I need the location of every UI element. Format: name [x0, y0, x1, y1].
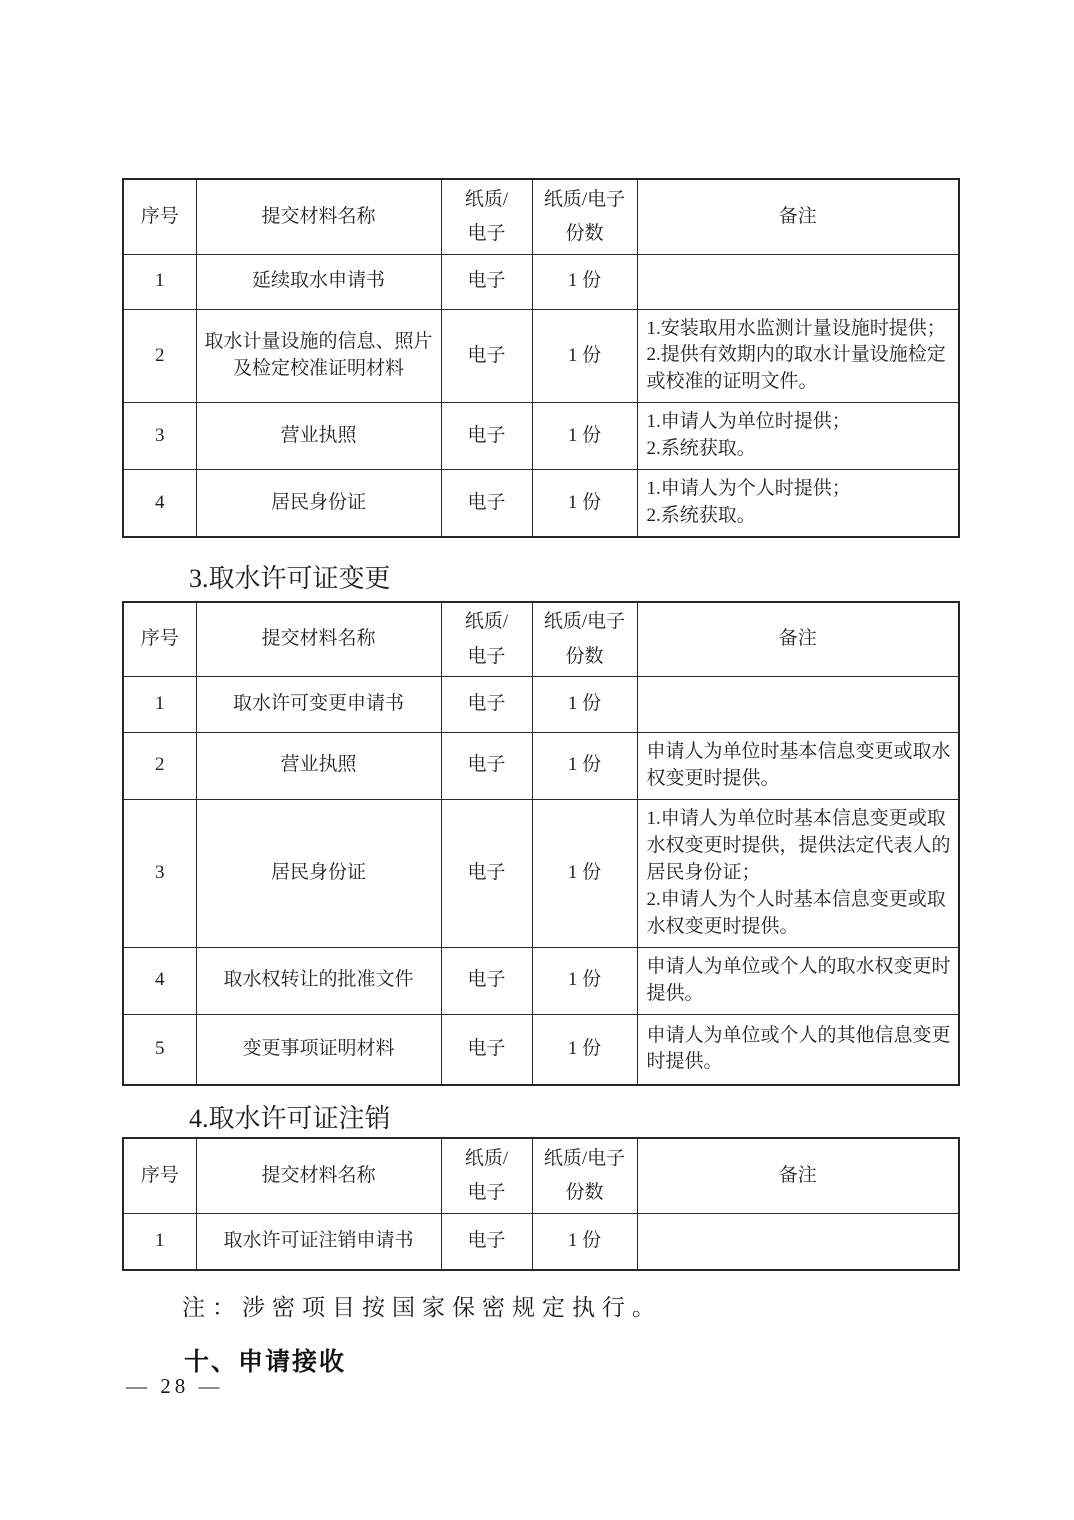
page-number: — 28 —: [126, 1374, 224, 1399]
cell-seq: 2: [123, 732, 196, 799]
document-page: 序号 提交材料名称 纸质/ 电子 纸质/电子 份数 备注 1 延续取水申请书 电…: [0, 0, 1074, 1520]
cell-seq: 1: [123, 676, 196, 732]
header-remark: 备注: [637, 179, 959, 254]
table-row: 3 营业执照 电子 1 份 1.申请人为单位时提供； 2.系统获取。: [123, 403, 959, 470]
header-remark: 备注: [637, 1138, 959, 1213]
document-content: 序号 提交材料名称 纸质/ 电子 纸质/电子 份数 备注 1 延续取水申请书 电…: [122, 178, 958, 1377]
table-row: 4 居民身份证 电子 1 份 1.申请人为个人时提供； 2.系统获取。: [123, 470, 959, 537]
table-row: 2 取水计量设施的信息、照片及检定校准证明材料 电子 1 份 1.安装取用水监测…: [123, 309, 959, 403]
heading-license-change: 3.取水许可证变更: [122, 563, 958, 595]
cell-material-name: 居民身份证: [196, 470, 441, 537]
cell-copies: 1 份: [532, 799, 637, 947]
table-header-row: 序号 提交材料名称 纸质/ 电子 纸质/电子 份数 备注: [123, 179, 959, 254]
confidentiality-note: 注：涉密项目按国家保密规定执行。: [122, 1292, 958, 1324]
cell-medium: 电子: [441, 799, 532, 947]
table-row: 2 营业执照 电子 1 份 申请人为单位时基本信息变更或取水权变更时提供。: [123, 732, 959, 799]
cell-medium: 电子: [441, 1014, 532, 1085]
header-material-name: 提交材料名称: [196, 1138, 441, 1213]
cell-copies: 1 份: [532, 254, 637, 309]
cell-remark: [637, 676, 959, 732]
header-remark: 备注: [637, 602, 959, 676]
cell-medium: 电子: [441, 947, 532, 1014]
header-copies: 纸质/电子 份数: [532, 602, 637, 676]
cell-remark: 1.申请人为个人时提供； 2.系统获取。: [637, 470, 959, 537]
cell-seq: 1: [123, 254, 196, 309]
cell-medium: 电子: [441, 1213, 532, 1270]
header-material-name: 提交材料名称: [196, 602, 441, 676]
cell-seq: 3: [123, 799, 196, 947]
cell-seq: 5: [123, 1014, 196, 1085]
cell-material-name: 取水计量设施的信息、照片及检定校准证明材料: [196, 309, 441, 403]
cell-material-name: 取水许可证注销申请书: [196, 1213, 441, 1270]
cell-copies: 1 份: [532, 403, 637, 470]
cell-remark: 申请人为单位时基本信息变更或取水权变更时提供。: [637, 732, 959, 799]
cell-medium: 电子: [441, 254, 532, 309]
materials-table-cancel: 序号 提交材料名称 纸质/ 电子 纸质/电子 份数 备注 1 取水许可证注销申请…: [122, 1137, 960, 1271]
cell-material-name: 取水权转让的批准文件: [196, 947, 441, 1014]
cell-remark: 1.申请人为单位时基本信息变更或取水权变更时提供，提供法定代表人的居民身份证； …: [637, 799, 959, 947]
cell-medium: 电子: [441, 470, 532, 537]
cell-remark: 申请人为单位或个人的取水权变更时提供。: [637, 947, 959, 1014]
materials-table-renewal: 序号 提交材料名称 纸质/ 电子 纸质/电子 份数 备注 1 延续取水申请书 电…: [122, 178, 960, 538]
cell-copies: 1 份: [532, 309, 637, 403]
header-seq: 序号: [123, 1138, 196, 1213]
header-medium: 纸质/ 电子: [441, 179, 532, 254]
header-copies: 纸质/电子 份数: [532, 1138, 637, 1213]
header-medium: 纸质/ 电子: [441, 602, 532, 676]
header-seq: 序号: [123, 602, 196, 676]
table-row: 1 延续取水申请书 电子 1 份: [123, 254, 959, 309]
table-row: 1 取水许可证注销申请书 电子 1 份: [123, 1213, 959, 1270]
cell-medium: 电子: [441, 309, 532, 403]
heading-license-cancel: 4.取水许可证注销: [122, 1104, 958, 1134]
cell-remark: [637, 254, 959, 309]
cell-material-name: 变更事项证明材料: [196, 1014, 441, 1085]
cell-medium: 电子: [441, 676, 532, 732]
cell-seq: 4: [123, 947, 196, 1014]
cell-remark: [637, 1213, 959, 1270]
header-material-name: 提交材料名称: [196, 179, 441, 254]
table-row: 3 居民身份证 电子 1 份 1.申请人为单位时基本信息变更或取水权变更时提供，…: [123, 799, 959, 947]
cell-seq: 2: [123, 309, 196, 403]
cell-medium: 电子: [441, 403, 532, 470]
header-copies: 纸质/电子 份数: [532, 179, 637, 254]
cell-copies: 1 份: [532, 1014, 637, 1085]
cell-copies: 1 份: [532, 470, 637, 537]
cell-material-name: 营业执照: [196, 403, 441, 470]
cell-copies: 1 份: [532, 676, 637, 732]
cell-remark: 申请人为单位或个人的其他信息变更时提供。: [637, 1014, 959, 1085]
cell-medium: 电子: [441, 732, 532, 799]
cell-material-name: 居民身份证: [196, 799, 441, 947]
materials-table-change: 序号 提交材料名称 纸质/ 电子 纸质/电子 份数 备注 1 取水许可变更申请书…: [122, 601, 960, 1086]
cell-seq: 1: [123, 1213, 196, 1270]
cell-seq: 4: [123, 470, 196, 537]
cell-copies: 1 份: [532, 732, 637, 799]
cell-remark: 1.安装取用水监测计量设施时提供； 2.提供有效期内的取水计量设施检定或校准的证…: [637, 309, 959, 403]
table-header-row: 序号 提交材料名称 纸质/ 电子 纸质/电子 份数 备注: [123, 1138, 959, 1213]
table-row: 1 取水许可变更申请书 电子 1 份: [123, 676, 959, 732]
header-seq: 序号: [123, 179, 196, 254]
heading-application-receipt: 十、申请接收: [122, 1347, 958, 1377]
cell-copies: 1 份: [532, 947, 637, 1014]
table-header-row: 序号 提交材料名称 纸质/ 电子 纸质/电子 份数 备注: [123, 602, 959, 676]
cell-copies: 1 份: [532, 1213, 637, 1270]
cell-material-name: 延续取水申请书: [196, 254, 441, 309]
cell-material-name: 取水许可变更申请书: [196, 676, 441, 732]
table-row: 4 取水权转让的批准文件 电子 1 份 申请人为单位或个人的取水权变更时提供。: [123, 947, 959, 1014]
cell-material-name: 营业执照: [196, 732, 441, 799]
cell-remark: 1.申请人为单位时提供； 2.系统获取。: [637, 403, 959, 470]
header-medium: 纸质/ 电子: [441, 1138, 532, 1213]
cell-seq: 3: [123, 403, 196, 470]
table-row: 5 变更事项证明材料 电子 1 份 申请人为单位或个人的其他信息变更时提供。: [123, 1014, 959, 1085]
